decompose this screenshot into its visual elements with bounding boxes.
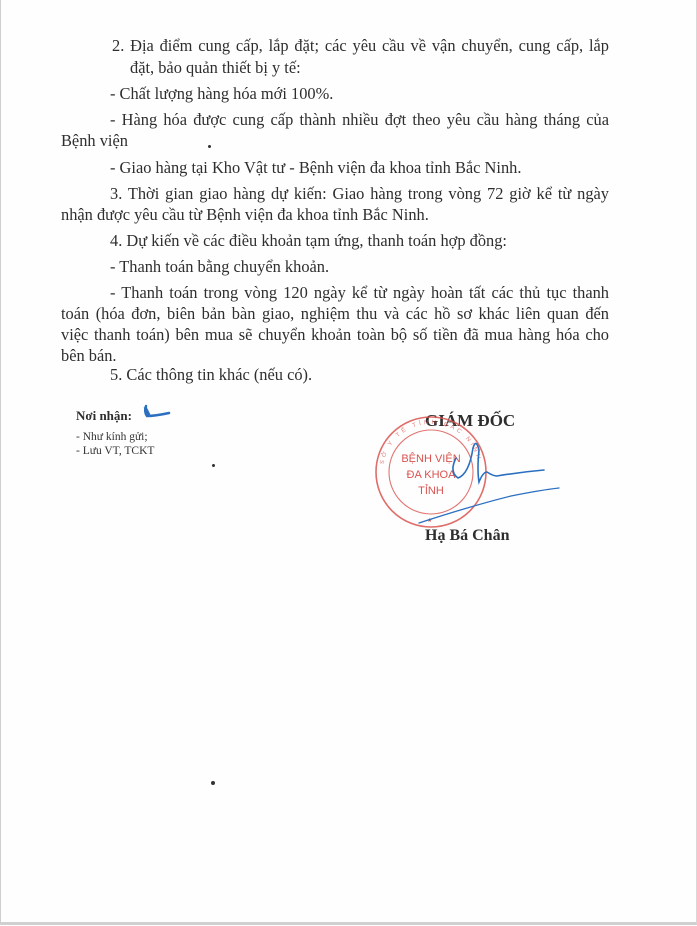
section-4-bullet-1: - Thanh toán bằng chuyển khoản. (110, 257, 329, 277)
document-page: 2. Địa điểm cung cấp, lắp đặt; các yêu c… (0, 0, 697, 925)
section-2-bullet-2-line-1: - Hàng hóa được cung cấp thành nhiều đợt… (110, 110, 609, 130)
section-3-line-2: nhận được yêu cầu từ Bệnh viện đa khoa t… (61, 205, 429, 225)
ink-mark-icon (141, 404, 171, 418)
recipients-label-colon: : (128, 408, 132, 423)
section-2-bullet-3: - Giao hàng tại Kho Vật tư - Bệnh viện đ… (110, 158, 521, 178)
stamp-line-1: BỆNH VIỆN (401, 452, 460, 465)
section-5-line-1: 5. Các thông tin khác (nếu có). (110, 365, 312, 385)
section-4-heading: 4. Dự kiến về các điều khoản tạm ứng, th… (110, 231, 507, 251)
section-4-bullet-2-line-2: toán (hóa đơn, biên bản bàn giao, nghiệm… (61, 304, 609, 324)
recipients-label-text: Nơi nhận (76, 408, 128, 423)
scan-dot (208, 145, 211, 148)
section-4-bullet-2-line-4: bên bán. (61, 346, 117, 366)
scan-dot (211, 781, 215, 785)
scan-dot (212, 464, 215, 467)
stamp-line-2: ĐA KHOA (407, 469, 457, 481)
recipients-label: Nơi nhận: (76, 408, 132, 424)
section-3-line-1: 3. Thời gian giao hàng dự kiến: Giao hàn… (110, 184, 609, 204)
stamp-line-3: TỈNH (418, 484, 444, 497)
section-2-line-2: đặt, bảo quản thiết bị y tế: (130, 58, 301, 78)
section-2-bullet-2-line-2: Bệnh viện (61, 131, 128, 151)
section-2-line-1: 2. Địa điểm cung cấp, lắp đặt; các yêu c… (112, 36, 609, 56)
recipient-item-2: - Lưu VT, TCKT (76, 444, 154, 459)
recipient-item-1: - Như kính gửi; (76, 430, 148, 445)
section-4-bullet-2-line-1: - Thanh toán trong vòng 120 ngày kể từ n… (110, 283, 609, 303)
official-stamp-icon: SỞ Y TẾ TỈNH BẮC NINH BỆNH VIỆN ĐA KHOA … (361, 410, 571, 540)
section-2-bullet-1: - Chất lượng hàng hóa mới 100%. (110, 84, 333, 104)
signer-name: Hạ Bá Chân (425, 526, 509, 546)
section-4-bullet-2-line-3: việc thanh toán) bên mua sẽ chuyển khoản… (61, 325, 609, 345)
